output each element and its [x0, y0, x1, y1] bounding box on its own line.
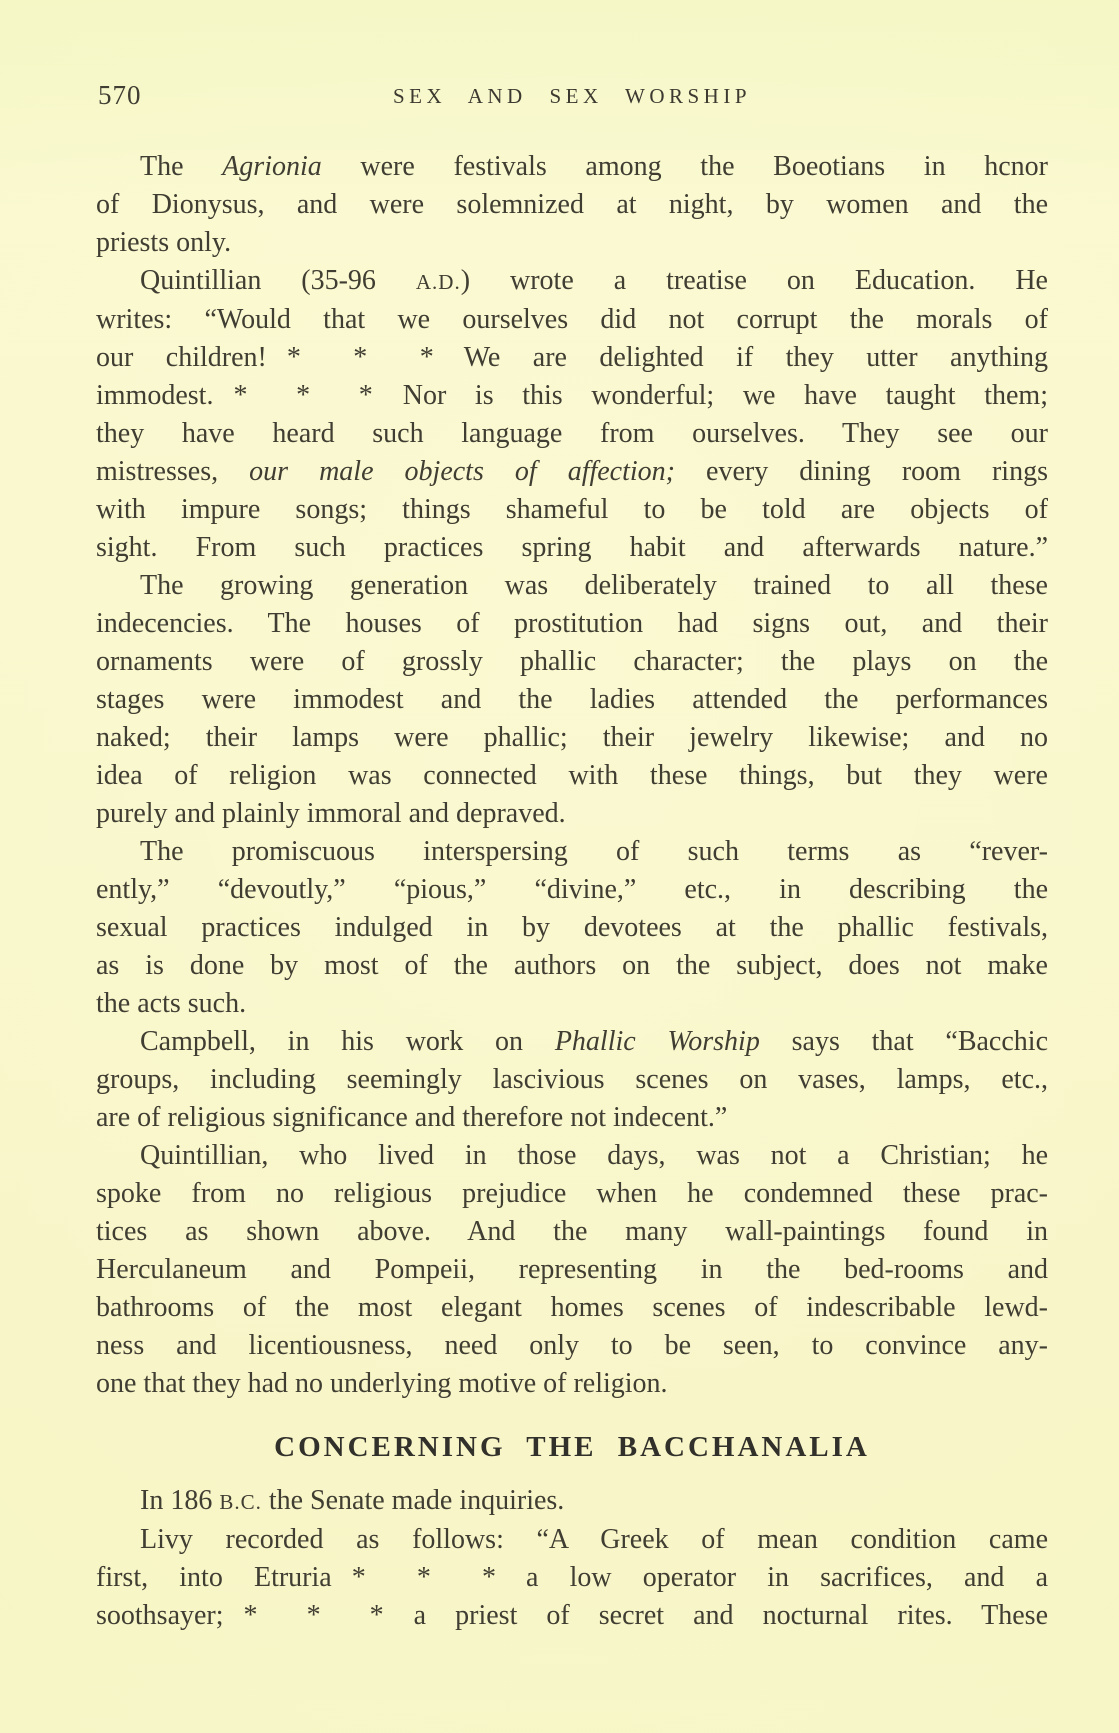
text-line: ornaments were of grossly phallic charac…	[96, 643, 1048, 681]
text-line: immodest.* * *Nor is this wonderful; we …	[96, 377, 1048, 415]
section-heading: CONCERNING THE BACCHANALIA	[96, 1429, 1048, 1465]
paragraph: Quintillian, who lived in those days, wa…	[96, 1137, 1048, 1403]
text-line: The Agrionia were festivals among the Bo…	[96, 148, 1048, 186]
text-line: idea of religion was connected with thes…	[96, 757, 1048, 795]
text-line: the acts such.	[96, 985, 1048, 1023]
text-line: groups, including seemingly lascivious s…	[96, 1061, 1048, 1099]
text-line: In 186 B.C. the Senate made inquiries.	[96, 1482, 1048, 1521]
text-line: The growing generation was deliberately …	[96, 567, 1048, 605]
paragraph: The promiscuous interspersing of such te…	[96, 833, 1048, 1023]
text-line: one that they had no underlying motive o…	[96, 1365, 1048, 1403]
text-line: soothsayer;* * *a priest of secret and n…	[96, 1597, 1048, 1635]
text-segment: In 186	[140, 1485, 219, 1516]
text-segment: The	[140, 151, 222, 182]
small-caps-text: B.C.	[219, 1490, 262, 1514]
text-segment: says that “Bacchic	[760, 1026, 1048, 1057]
asterisk-ellipsis: * * *	[233, 380, 382, 411]
text-line: first, into Etruria* * *a low operator i…	[96, 1559, 1048, 1597]
paragraph: Livy recorded as follows: “A Greek of me…	[96, 1521, 1048, 1635]
text-line: tices as shown above. And the many wall-…	[96, 1213, 1048, 1251]
text-line: sexual practices indulged in by devotees…	[96, 909, 1048, 947]
small-caps-text: A.D.	[416, 270, 461, 294]
text-segment: first, into Etruria	[96, 1562, 332, 1593]
text-line: with impure songs; things shameful to be…	[96, 491, 1048, 529]
text-line: ently,” “devoutly,” “pious,” “divine,” e…	[96, 871, 1048, 909]
italic-text: Agrionia	[222, 151, 322, 182]
text-segment: soothsayer;	[96, 1600, 224, 1631]
running-title: SEX AND SEX WORSHIP	[96, 80, 1048, 109]
text-line: Quintillian (35-96 A.D.) wrote a treatis…	[96, 262, 1048, 301]
text-line: naked; their lamps were phallic; their j…	[96, 719, 1048, 757]
text-line: spoke from no religious prejudice when h…	[96, 1175, 1048, 1213]
paragraph: Campbell, in his work on Phallic Worship…	[96, 1023, 1048, 1137]
text-line: bathrooms of the most elegant homes scen…	[96, 1289, 1048, 1327]
text-line: of Dionysus, and were solemnized at nigh…	[96, 186, 1048, 224]
text-line: our children!* * *We are delighted if th…	[96, 339, 1048, 377]
asterisk-ellipsis: * * *	[352, 1562, 506, 1593]
paragraph: The Agrionia were festivals among the Bo…	[96, 148, 1048, 262]
text-line: indecencies. The houses of prostitution …	[96, 605, 1048, 643]
text-segment: a low operator in sacrifices, and a	[526, 1562, 1048, 1593]
text-line: purely and plainly immoral and depraved.	[96, 795, 1048, 833]
text-line: ness and licentiousness, need only to be…	[96, 1327, 1048, 1365]
text-line: Campbell, in his work on Phallic Worship…	[96, 1023, 1048, 1061]
book-page-scan: 570 SEX AND SEX WORSHIP The Agrionia wer…	[0, 0, 1119, 1733]
italic-text: our male objects of affection;	[249, 456, 675, 487]
text-segment: immodest.	[96, 380, 213, 411]
text-line: mistresses, our male objects of affectio…	[96, 453, 1048, 491]
text-segment: every dining room rings	[675, 456, 1048, 487]
text-segment: We are delighted if they utter anything	[464, 342, 1048, 373]
text-segment: ) wrote a treatise on Education. He	[461, 265, 1048, 296]
text-line: stages were immodest and the ladies atte…	[96, 681, 1048, 719]
paragraph: In 186 B.C. the Senate made inquiries.	[96, 1482, 1048, 1521]
text-line: The promiscuous interspersing of such te…	[96, 833, 1048, 871]
text-segment: the Senate made inquiries.	[262, 1485, 564, 1516]
text-segment: our children!	[96, 342, 267, 373]
text-segment: a priest of secret and nocturnal rites. …	[414, 1600, 1048, 1631]
text-line: priests only.	[96, 224, 1048, 262]
asterisk-ellipsis: * * *	[287, 342, 444, 373]
page-number: 570	[98, 80, 142, 111]
text-segment: Nor is this wonderful; we have taught th…	[403, 380, 1048, 411]
text-line: Herculaneum and Pompeii, representing in…	[96, 1251, 1048, 1289]
running-header: 570 SEX AND SEX WORSHIP	[96, 80, 1048, 112]
text-line: they have heard such language from ourse…	[96, 415, 1048, 453]
text-segment: were festivals among the Boeotians in hc…	[322, 151, 1048, 182]
text-line: writes: “Would that we ourselves did not…	[96, 301, 1048, 339]
text-segment: Quintillian (35-96	[140, 265, 416, 296]
asterisk-ellipsis: * * *	[244, 1600, 394, 1631]
italic-text: Phallic Worship	[555, 1026, 760, 1057]
page-content: 570 SEX AND SEX WORSHIP The Agrionia wer…	[0, 0, 1119, 1635]
text-segment: Campbell, in his work on	[140, 1026, 555, 1057]
text-line: as is done by most of the authors on the…	[96, 947, 1048, 985]
paragraph: The growing generation was deliberately …	[96, 567, 1048, 833]
text-line: sight. From such practices spring habit …	[96, 529, 1048, 567]
text-line: Quintillian, who lived in those days, wa…	[96, 1137, 1048, 1175]
text-line: Livy recorded as follows: “A Greek of me…	[96, 1521, 1048, 1559]
text-segment: mistresses,	[96, 456, 249, 487]
paragraph: Quintillian (35-96 A.D.) wrote a treatis…	[96, 262, 1048, 567]
text-line: are of religious significance and theref…	[96, 1099, 1048, 1137]
